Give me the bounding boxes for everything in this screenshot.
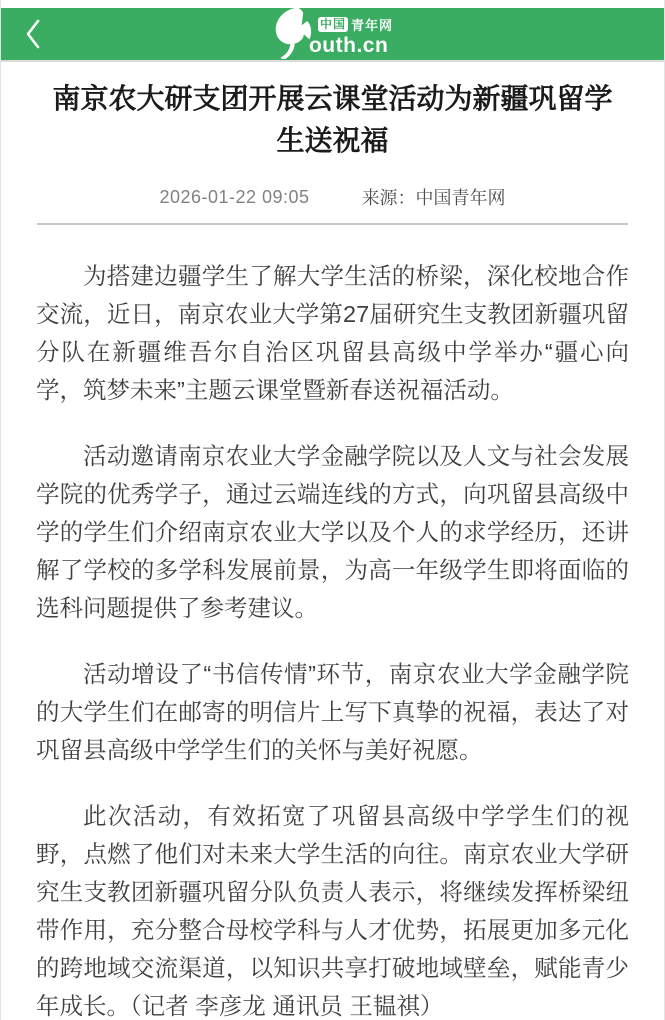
logo-youthnet-label: 青年网 <box>351 15 393 34</box>
back-button[interactable] <box>17 8 61 60</box>
logo-badge-china: 中国 <box>318 17 348 32</box>
article-body: 为搭建边疆学生了解大学生活的桥梁，深化校地合作交流，近日，南京农业大学第27届研… <box>36 257 629 1020</box>
publish-date: 2026-01-22 09:05 <box>159 187 309 208</box>
logo-domain-label: outh.cn <box>309 34 393 57</box>
article-paragraph: 此次活动，有效拓宽了巩留县高级中学学生们的视野，点燃了他们对未来大学生活的向往。… <box>36 797 629 1020</box>
article-page: 南京农大研支团开展云课堂活动为新疆巩留学生送祝福 2026-01-22 09:0… <box>1 78 664 1020</box>
source-label: 来源：中国青年网 <box>362 184 506 210</box>
article-paragraph: 活动邀请南京农业大学金融学院以及人文与社会发展学院的优秀学子，通过云端连线的方式… <box>36 437 629 627</box>
meta-divider <box>37 223 628 225</box>
logo-text: 中国 青年网 outh.cn <box>309 15 393 57</box>
article-title: 南京农大研支团开展云课堂活动为新疆巩留学生送祝福 <box>44 78 621 162</box>
app-header: 中国 青年网 outh.cn <box>1 8 664 62</box>
article-paragraph: 为搭建边疆学生了解大学生活的桥梁，深化校地合作交流，近日，南京农业大学第27届研… <box>36 257 629 409</box>
chevron-left-icon <box>23 16 43 52</box>
site-logo[interactable]: 中国 青年网 outh.cn <box>272 9 393 59</box>
article-paragraph: 活动增设了“书信传情”环节，南京农业大学金融学院的大学生们在邮寄的明信片上写下真… <box>36 655 629 769</box>
status-bar-strip <box>1 0 664 8</box>
article-meta: 2026-01-22 09:05 来源：中国青年网 <box>36 184 629 210</box>
